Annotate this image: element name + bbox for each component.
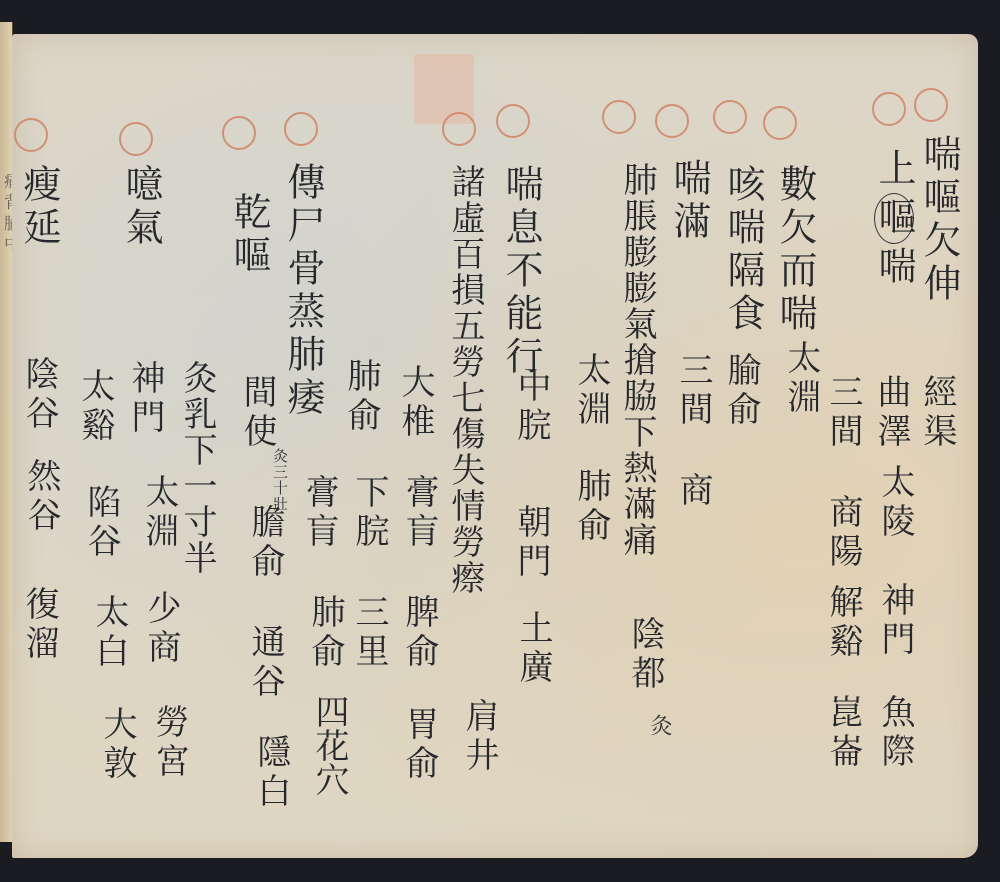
marker-circle: [763, 106, 797, 140]
point-name: 通谷: [248, 624, 282, 702]
marker-circle: [222, 116, 256, 150]
section-heading: 喘息不能行: [502, 164, 540, 379]
point-name: 胃俞: [402, 706, 436, 784]
point-name: 下脘: [352, 474, 386, 552]
point-name: 曲澤: [874, 374, 908, 452]
point-name: 肺俞: [574, 468, 608, 546]
document-page: 喘嘔欠伸 上嘔喘 經渠 太陵 神門 魚際 曲澤 三間 商陽 解谿 崑崙 數欠而喘…: [12, 34, 978, 858]
marker-circle: [14, 118, 48, 152]
point-name: 商: [676, 472, 710, 511]
point-name: 三間: [826, 374, 860, 452]
point-name: 四花穴: [312, 694, 346, 796]
marker-circle: [655, 104, 689, 138]
annotation-note: 灸三十壯: [272, 448, 287, 512]
section-heading: 喘滿: [670, 158, 708, 244]
point-name: 肩井: [462, 698, 496, 776]
section-heading: 數欠而喘: [776, 164, 814, 336]
point-name: 腧俞: [724, 352, 758, 430]
point-name: 少商: [144, 590, 178, 668]
point-name: 中脘: [514, 368, 548, 446]
point-name: 膽俞: [248, 504, 282, 582]
section-heading: 噫氣: [122, 164, 160, 250]
section-heading: 乾嘔: [230, 192, 268, 278]
section-heading: 諸虛百損五勞七傷失情勞瘵: [448, 164, 482, 596]
marker-circle: [442, 112, 476, 146]
point-name: 脾俞: [402, 594, 436, 672]
annotation-note: 灸: [648, 714, 670, 737]
point-name: 解谿: [826, 584, 860, 662]
point-name: 太谿: [78, 368, 112, 446]
point-name: 神門: [878, 582, 912, 660]
point-name: 太淵: [784, 340, 818, 418]
marker-circle: [119, 122, 153, 156]
point-name: 太白: [92, 594, 126, 672]
point-name: 隱白: [254, 734, 288, 812]
point-name: 間使: [240, 374, 274, 452]
point-name: 膏肓: [302, 474, 336, 552]
point-name: 肺俞: [344, 358, 378, 436]
point-name: 三里: [352, 594, 386, 672]
point-name: 陰都: [628, 616, 662, 694]
point-name: 肺俞: [308, 594, 342, 672]
point-name: 然谷: [24, 458, 58, 536]
point-name: 陷谷: [84, 484, 118, 562]
section-heading: 肺脹膨膨氣搶脇下熱滿痛: [620, 162, 654, 558]
marker-circle: [284, 112, 318, 146]
point-name: 勞宮: [152, 704, 186, 782]
point-name: 復溜: [22, 586, 56, 664]
section-subheading: 上嘔喘: [874, 148, 914, 289]
char: 上: [872, 148, 916, 191]
point-name: 膏肓: [402, 474, 436, 552]
section-heading: 瘦延: [20, 164, 58, 250]
point-name: 神門: [128, 360, 162, 438]
marker-circle: [496, 104, 530, 138]
section-heading: 傳尸骨蒸肺痿: [284, 162, 322, 420]
char: 喘: [872, 246, 916, 289]
point-name: 灸乳下一寸半: [180, 360, 214, 576]
point-name: 太淵: [574, 352, 608, 430]
section-heading: 咳喘隔食: [724, 164, 762, 336]
point-name: 朝門: [514, 504, 548, 582]
circled-char: 嘔: [874, 193, 914, 244]
point-name: 三間: [676, 352, 710, 430]
point-name: 陰谷: [22, 356, 56, 434]
point-name: 大椎: [398, 364, 432, 442]
point-name: 太陵: [878, 464, 912, 542]
marker-circle: [713, 100, 747, 134]
point-name: 崑崙: [826, 694, 860, 772]
section-heading: 喘嘔欠伸: [920, 134, 958, 306]
point-name: 魚際: [878, 694, 912, 772]
point-name: 經渠: [920, 374, 954, 452]
marker-circle: [914, 88, 948, 122]
point-name: 土廣: [516, 610, 550, 688]
point-name: 太淵: [142, 474, 176, 552]
marker-circle: [602, 100, 636, 134]
point-name: 商陽: [826, 494, 860, 572]
point-name: 大敦: [100, 706, 134, 784]
marker-circle: [872, 92, 906, 126]
